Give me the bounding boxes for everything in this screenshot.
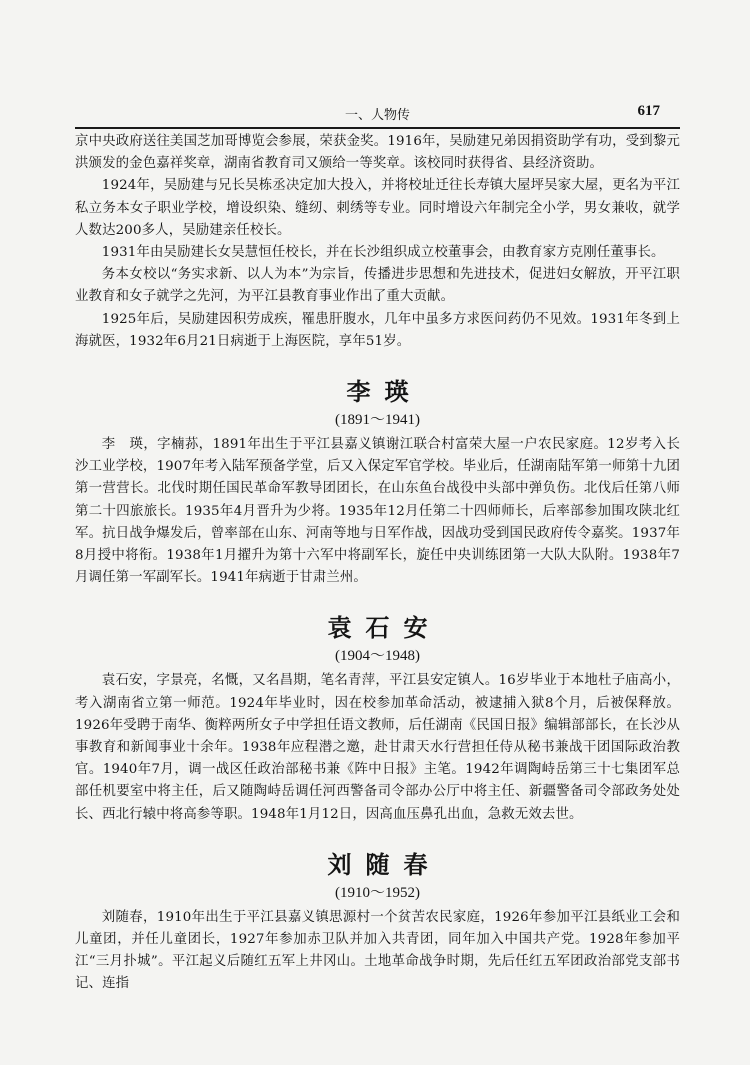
header-rule: [75, 127, 680, 129]
intro-paragraph: 1925年后，吴励建因积劳成疾，罹患肝腹水，几年中虽多方求医问药仍不见效。193…: [75, 309, 680, 353]
section-title: 一、人物传: [75, 104, 680, 123]
biography-liu-suichun: 刘随春 (1910～1952) 刘随春，1910年出生于平江县嘉义镇思源村一个贫…: [75, 850, 680, 996]
biography-text: 刘随春，1910年出生于平江县嘉义镇思源村一个贫苦农民家庭，1926年参加平江县…: [75, 907, 680, 996]
book-page: 一、人物传 617 京中央政府送往美国芝加哥博览会参展，荣获金奖。1916年，吴…: [75, 100, 680, 996]
intro-paragraph: 京中央政府送往美国芝加哥博览会参展，荣获金奖。1916年，吴励建兄弟因捐资助学有…: [75, 131, 680, 175]
biography-dates: (1891～1941): [75, 409, 680, 431]
biography-name: 刘随春: [75, 850, 680, 880]
biography-dates: (1910～1952): [75, 882, 680, 904]
intro-paragraph: 务本女校以“务实求新、以人为本”为宗旨，传播进步思想和先进技术，促进妇女解放，开…: [75, 264, 680, 308]
biography-dates: (1904～1948): [75, 645, 680, 667]
page-number: 617: [638, 103, 661, 120]
biography-text: 袁石安，字景亮，名慨，又名昌期，笔名青萍，平江县安定镇人。16岁毕业于本地杜子庙…: [75, 670, 680, 825]
biography-text: 李 瑛，字楠荪，1891年出生于平江县嘉义镇谢江联合村富荣大屋一户农民家庭。12…: [75, 434, 680, 589]
biography-name: 袁石安: [75, 613, 680, 643]
biography-name: 李瑛: [75, 377, 680, 407]
running-header: 一、人物传 617: [75, 100, 680, 124]
intro-paragraph: 1924年，吴励建与兄长吴栋丞决定加大投入，并将校址迁往长寿镇大屋坪吴家大屋，更…: [75, 175, 680, 242]
intro-paragraph: 1931年由吴励建长女吴慧恒任校长，并在长沙组织成立校董事会，由教育家方克刚任董…: [75, 242, 680, 264]
biography-yuan-shian: 袁石安 (1904～1948) 袁石安，字景亮，名慨，又名昌期，笔名青萍，平江县…: [75, 613, 680, 825]
biography-li-ying: 李瑛 (1891～1941) 李 瑛，字楠荪，1891年出生于平江县嘉义镇谢江联…: [75, 377, 680, 589]
